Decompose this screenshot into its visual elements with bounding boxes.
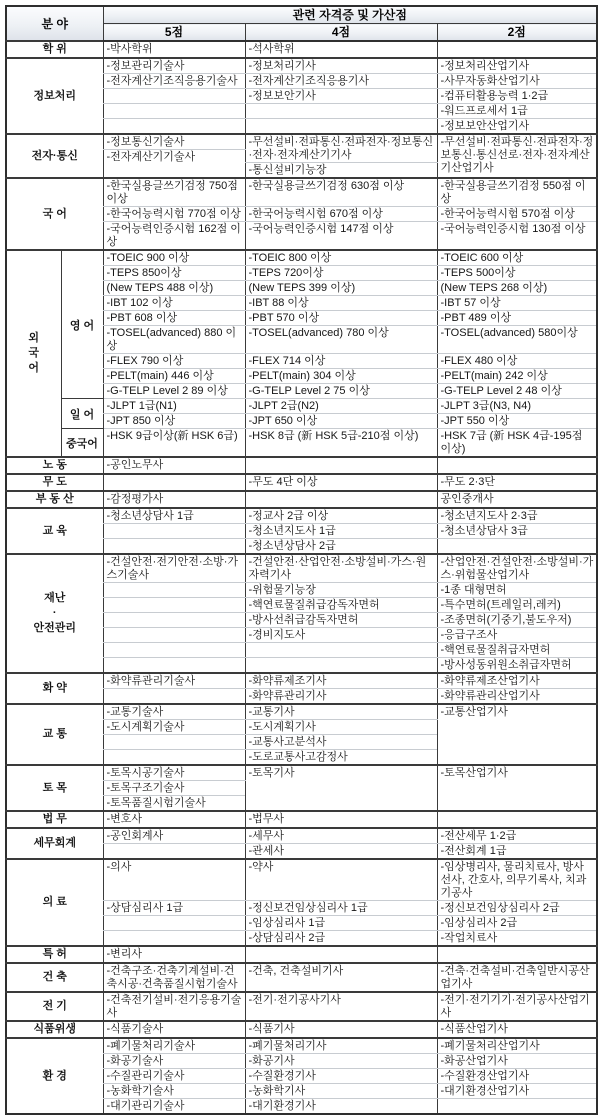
item-cell: -JLPT 3급(N3, N4) [437, 399, 597, 414]
item-cell: -워드프로세서 1급 [437, 104, 597, 119]
item-cell: -JPT 650 이상 [245, 414, 437, 429]
item-cell: -정보처리산업기사 [437, 58, 597, 74]
item-cell: -국어능력인증시험 130점 이상 [437, 222, 597, 251]
field-label: 의 료 [8, 895, 102, 910]
field-label: 정보처리 [8, 89, 102, 104]
item-cell: -컴퓨터활용능력 1·2급 [437, 89, 597, 104]
item-cell: -한국어능력시험 670점 이상 [245, 207, 437, 222]
item-cell: -PELT(main) 304 이상 [245, 369, 437, 384]
item-cell: -TEPS 850이상 [103, 266, 245, 281]
item-cell: -전산회계 1급 [437, 844, 597, 860]
item-cell: -PELT(main) 446 이상 [103, 369, 245, 384]
field-cell: 화 약 [6, 673, 103, 704]
item-cell: -한국실용글쓰기검정 550점 이상 [437, 178, 597, 207]
item-cell: -TEPS 500이상 [437, 266, 597, 281]
subfield-cell: 일 어 [61, 399, 103, 429]
item-cell: -한국어능력시험 770점 이상 [103, 207, 245, 222]
item-cell: -수질관리기술사 [103, 1069, 245, 1084]
item-cell: -교통기사 [245, 704, 437, 720]
item-cell: -국어능력인증시험 147점 이상 [245, 222, 437, 251]
field-label: · [8, 606, 102, 621]
field-cell: 건 축 [6, 963, 103, 992]
field-cell: 의 료 [6, 859, 103, 946]
item-cell: -한국실용글쓰기검정 750점 이상 [103, 178, 245, 207]
item-cell: -한국어능력시험 570점 이상 [437, 207, 597, 222]
item-cell: -TOEIC 600 이상 [437, 250, 597, 266]
empty-cell [245, 658, 437, 674]
empty-cell [103, 474, 245, 491]
field-cell: 법 무 [6, 811, 103, 828]
item-cell: -무선설비·전파통신·전파전자·정보통신·통신선로·전자·전자계산기산업기사 [437, 134, 597, 178]
subfield-cell: 영 어 [61, 250, 103, 399]
field-label: 전자·통신 [8, 149, 102, 164]
field-cell: 전자·통신 [6, 134, 103, 178]
item-cell: -JPT 850 이상 [103, 414, 245, 429]
item-cell: -TOEIC 900 이상 [103, 250, 245, 266]
item-cell: -전자계산기조직응용기술사 [103, 74, 245, 89]
item-cell: -G-TELP Level 2 48 이상 [437, 384, 597, 399]
item-cell: -도시계획기술사 [103, 720, 245, 735]
group-header: 관련 자격증 및 가산점 [103, 6, 597, 24]
item-cell: -화약류관리기술사 [103, 673, 245, 689]
item-cell: -공인회계사 [103, 828, 245, 844]
field-label: 전 기 [8, 999, 102, 1014]
col-header-5pt: 5점 [103, 24, 245, 42]
item-cell: -정교사 2급 이상 [245, 508, 437, 524]
empty-cell [103, 750, 245, 766]
item-cell: -청소년지도사 2·3급 [437, 508, 597, 524]
empty-cell [103, 931, 245, 947]
item-cell: -무도 2·3단 [437, 474, 597, 491]
field-label: 교 육 [8, 524, 102, 539]
item-cell: -통신설비기능장 [245, 163, 437, 179]
item-cell: -감정평가사 [103, 491, 245, 508]
item-cell: -FLEX 480 이상 [437, 354, 597, 369]
item-cell: -청소년상담사 1급 [103, 508, 245, 524]
item-cell: -식품산업기사 [437, 1021, 597, 1038]
item-cell: -정보보안산업기사 [437, 119, 597, 135]
item-cell: -청소년상담사 3급 [437, 524, 597, 539]
item-cell: -수질환경기사 [245, 1069, 437, 1084]
subfield-cell: 중국어 [61, 429, 103, 458]
item-cell: -토목품질시험기술사 [103, 796, 245, 812]
field-label: 건 축 [8, 970, 102, 985]
item-cell: -토목시공기술사 [103, 765, 245, 781]
item-cell: -핵연료물질취급자면허 [437, 643, 597, 658]
field-label: 토 목 [8, 781, 102, 796]
item-cell: -JPT 550 이상 [437, 414, 597, 429]
field-cell: 노 동 [6, 457, 103, 474]
item-cell: -PELT(main) 242 이상 [437, 369, 597, 384]
item-cell: -식품기술사 [103, 1021, 245, 1038]
item-cell: -특수면허(트레일러,레커) [437, 598, 597, 613]
empty-cell [245, 643, 437, 658]
item-cell: -약사 [245, 859, 437, 901]
table-body: 학 위-박사학위-석사학위정보처리-정보관리기술사-정보처리기사-정보처리산업기… [6, 41, 597, 1114]
item-cell: -조종면허(기중기,불도우저) [437, 613, 597, 628]
item-cell: -건축, 건축설비기사 [245, 963, 437, 992]
col-header-4pt: 4점 [245, 24, 437, 42]
item-cell: -FLEX 714 이상 [245, 354, 437, 369]
empty-cell [103, 735, 245, 750]
item-cell: -HSK 9급이상(新 HSK 6급) [103, 429, 245, 458]
item-cell: -IBT 88 이상 [245, 296, 437, 311]
item-cell: -FLEX 790 이상 [103, 354, 245, 369]
item-cell: -HSK 8급 (新 HSK 5급-210점 이상) [245, 429, 437, 458]
field-cell: 국 어 [6, 178, 103, 250]
page: 분 야 관련 자격증 및 가산점 5점 4점 2점 학 위-박사학위-석사학위정… [0, 0, 600, 1118]
item-cell: -TOEIC 800 이상 [245, 250, 437, 266]
field-label: 외 [8, 331, 60, 346]
item-cell: -폐기물처리산업기사 [437, 1038, 597, 1054]
item-cell: -HSK 7급 (新 HSK 4급-195점 이상) [437, 429, 597, 458]
item-cell: -변호사 [103, 811, 245, 828]
item-cell: -대기환경산업기사 [437, 1084, 597, 1099]
item-cell: -건설안전·산업안전·소방설비·가스·원자력기사 [245, 554, 437, 583]
item-cell: -전기·전기공사기사 [245, 992, 437, 1021]
item-cell: -임상병리사, 물리치료사, 방사선사, 간호사, 의무기록사, 치과기공사 [437, 859, 597, 901]
item-cell: -사무자동화산업기사 [437, 74, 597, 89]
item-cell: -방사선취급감독자면허 [245, 613, 437, 628]
item-cell: -교통산업기사 [437, 704, 597, 765]
item-cell: -정보보안기사 [245, 89, 437, 104]
item-cell: -G-TELP Level 2 89 이상 [103, 384, 245, 399]
field-label: 무 도 [8, 475, 102, 490]
empty-cell [437, 811, 597, 828]
empty-cell [103, 689, 245, 705]
item-cell: -의사 [103, 859, 245, 901]
item-cell: -상담심리사 2급 [245, 931, 437, 947]
field-cell: 토 목 [6, 765, 103, 811]
item-cell: -JLPT 2급(N2) [245, 399, 437, 414]
item-cell: (New TEPS 399 이상) [245, 281, 437, 296]
field-label: 안전관리 [8, 621, 102, 636]
field-label: 교 통 [8, 727, 102, 742]
empty-cell [437, 946, 597, 963]
item-cell: -응급구조사 [437, 628, 597, 643]
empty-cell [437, 1099, 597, 1115]
item-cell: -JLPT 1급(N1) [103, 399, 245, 414]
item-cell: -정보통신기술사 [103, 134, 245, 150]
item-cell: -법무사 [245, 811, 437, 828]
item-cell: -세무사 [245, 828, 437, 844]
item-cell: -폐기물처리기술사 [103, 1038, 245, 1054]
item-cell: (New TEPS 268 이상) [437, 281, 597, 296]
item-cell: -화약류관리기사 [245, 689, 437, 705]
field-label: 부 동 산 [8, 492, 102, 507]
empty-cell [103, 658, 245, 674]
col-header-2pt: 2점 [437, 24, 597, 42]
field-cell: 식품위생 [6, 1021, 103, 1038]
qualification-table: 분 야 관련 자격증 및 가산점 5점 4점 2점 학 위-박사학위-석사학위정… [5, 5, 598, 1115]
item-cell: -PBT 570 이상 [245, 311, 437, 326]
field-cell: 특 허 [6, 946, 103, 963]
item-cell: -도로교통사고감정사 [245, 750, 437, 766]
item-cell: -정보관리기술사 [103, 58, 245, 74]
field-cell: 교 통 [6, 704, 103, 765]
item-cell: -화공기사 [245, 1054, 437, 1069]
item-cell: -상담심리사 1급 [103, 901, 245, 916]
item-cell: -건축전기설비·전기응용기술사 [103, 992, 245, 1021]
field-label: 국 [8, 346, 60, 361]
empty-cell [103, 598, 245, 613]
item-cell: -정신보건임상심리사 1급 [245, 901, 437, 916]
field-cell: 외국어 [6, 250, 61, 457]
empty-cell [245, 457, 437, 474]
field-label: 국 어 [8, 207, 102, 222]
field-label: 어 [8, 361, 60, 376]
empty-cell [103, 613, 245, 628]
field-label: 식품위생 [8, 1022, 102, 1037]
item-cell: -정신보건임상심리사 2급 [437, 901, 597, 916]
empty-cell [103, 89, 245, 104]
item-cell: -임상심리사 1급 [245, 916, 437, 931]
empty-cell [245, 104, 437, 119]
field-cell: 정보처리 [6, 58, 103, 134]
item-cell: -관세사 [245, 844, 437, 860]
item-cell: -화약류제조산업기사 [437, 673, 597, 689]
item-cell: -PBT 489 이상 [437, 311, 597, 326]
item-cell: -교통사고분석사 [245, 735, 437, 750]
empty-cell [103, 583, 245, 598]
empty-cell [437, 539, 597, 555]
item-cell: -도시계획기사 [245, 720, 437, 735]
item-cell: -핵연료물질취급감독자면허 [245, 598, 437, 613]
field-cell: 재난·안전관리 [6, 554, 103, 673]
item-cell: -무도 4단 이상 [245, 474, 437, 491]
item-cell: -TOSEL(advanced) 580이상 [437, 326, 597, 354]
field-label: 학 위 [8, 42, 102, 57]
empty-cell [437, 457, 597, 474]
item-cell: -국어능력인증시험 162점 이상 [103, 222, 245, 251]
item-cell: -G-TELP Level 2 75 이상 [245, 384, 437, 399]
item-cell: 공인중개사 [437, 491, 597, 508]
item-cell: -건축·건축설비·건축일반시공산업기사 [437, 963, 597, 992]
field-cell: 무 도 [6, 474, 103, 491]
item-cell: -석사학위 [245, 41, 437, 58]
empty-cell [103, 643, 245, 658]
item-cell: -식품기사 [245, 1021, 437, 1038]
empty-cell [245, 491, 437, 508]
item-cell: -화약류관리산업기사 [437, 689, 597, 705]
empty-cell [437, 41, 597, 58]
field-label: 특 허 [8, 947, 102, 962]
item-cell: -청소년상담사 2급 [245, 539, 437, 555]
empty-cell [245, 946, 437, 963]
item-cell: -공인노무사 [103, 457, 245, 474]
item-cell: -토목구조기술사 [103, 781, 245, 796]
field-label: 세무회계 [8, 836, 102, 851]
item-cell: -대기환경기사 [245, 1099, 437, 1115]
item-cell: -청소년지도사 1급 [245, 524, 437, 539]
item-cell: -건축구조·건축기계설비·건축시공·건축품질시험기술사 [103, 963, 245, 992]
field-label: 노 동 [8, 458, 102, 473]
field-label: 화 약 [8, 681, 102, 696]
field-label: 환 경 [8, 1069, 102, 1084]
item-cell: -전산세무 1·2급 [437, 828, 597, 844]
item-cell: -IBT 57 이상 [437, 296, 597, 311]
item-cell: -변리사 [103, 946, 245, 963]
empty-cell [103, 844, 245, 860]
item-cell: -무선설비·전파통신·전파전자·정보통신·전자·전자계산기기사 [245, 134, 437, 163]
item-cell: -농화학기술사 [103, 1084, 245, 1099]
item-cell: -토목기사 [245, 765, 437, 811]
item-cell: -교통기술사 [103, 704, 245, 720]
item-cell: -농화학기사 [245, 1084, 437, 1099]
item-cell: -TOSEL(advanced) 880 이상 [103, 326, 245, 354]
field-cell: 부 동 산 [6, 491, 103, 508]
item-cell: -전기·전기기기·전기공사산업기사 [437, 992, 597, 1021]
field-label: 법 무 [8, 812, 102, 827]
empty-cell [245, 119, 437, 135]
item-cell: -대기관리기술사 [103, 1099, 245, 1115]
item-cell: -화공산업기사 [437, 1054, 597, 1069]
field-cell: 세무회계 [6, 828, 103, 859]
field-cell: 학 위 [6, 41, 103, 58]
empty-cell [103, 916, 245, 931]
item-cell: -정보처리기사 [245, 58, 437, 74]
item-cell: -방사성동위원소취급자면허 [437, 658, 597, 674]
field-cell: 환 경 [6, 1038, 103, 1114]
item-cell: -작업치료사 [437, 931, 597, 947]
item-cell: -임상심리사 2급 [437, 916, 597, 931]
item-cell: -전자계산기기술사 [103, 150, 245, 179]
item-cell: -수질환경산업기사 [437, 1069, 597, 1084]
item-cell: (New TEPS 488 이상) [103, 281, 245, 296]
item-cell: -토목산업기사 [437, 765, 597, 811]
field-column-header: 분 야 [6, 6, 103, 41]
field-cell: 교 육 [6, 508, 103, 554]
item-cell: -위험물기능장 [245, 583, 437, 598]
item-cell: -화공기술사 [103, 1054, 245, 1069]
item-cell: -폐기물처리기사 [245, 1038, 437, 1054]
empty-cell [103, 628, 245, 643]
item-cell: -경비지도사 [245, 628, 437, 643]
table-header: 분 야 관련 자격증 및 가산점 5점 4점 2점 [6, 6, 597, 41]
empty-cell [103, 524, 245, 539]
item-cell: -TEPS 720이상 [245, 266, 437, 281]
item-cell: -화약류제조기사 [245, 673, 437, 689]
item-cell: -박사학위 [103, 41, 245, 58]
item-cell: -한국실용글쓰기검정 630점 이상 [245, 178, 437, 207]
item-cell: -PBT 608 이상 [103, 311, 245, 326]
item-cell: -전자계산기조직응용기사 [245, 74, 437, 89]
field-label: 재난 [8, 591, 102, 606]
empty-cell [103, 119, 245, 135]
item-cell: -1종 대형면허 [437, 583, 597, 598]
item-cell: -건설안전·전기안전·소방·가스기술사 [103, 554, 245, 583]
item-cell: -IBT 102 이상 [103, 296, 245, 311]
item-cell: -TOSEL(advanced) 780 이상 [245, 326, 437, 354]
field-cell: 전 기 [6, 992, 103, 1021]
item-cell: -산업안전·건설안전·소방설비·가스·위험물산업기사 [437, 554, 597, 583]
empty-cell [103, 104, 245, 119]
empty-cell [103, 539, 245, 555]
